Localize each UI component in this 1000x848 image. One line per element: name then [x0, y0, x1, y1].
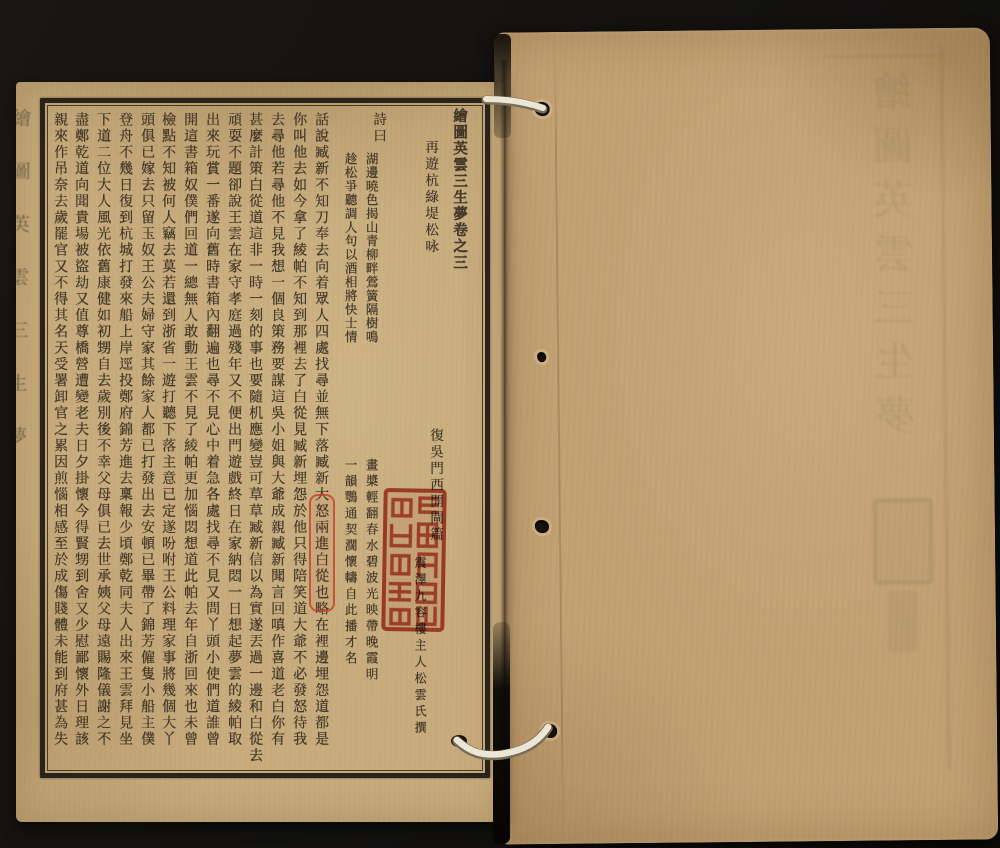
- collector-seal: [381, 487, 448, 632]
- left-text-page: 繪圖英雲三生夢 繪圖英雲三生夢卷之三 再遊杭綠堤松咏 復吳門西開閘篇 震澤九容樓…: [16, 82, 504, 822]
- main-text-column: 檢點不知被何人竊去莫若還到浙省一遊打聽下落主意已定遂吩咐王公料理家事將幾個大丫: [158, 112, 177, 748]
- gutter-shadow-top: [494, 34, 511, 138]
- showthrough-layer: 繪圖英雲三生夢: [494, 27, 998, 844]
- main-text-column: 盡鄭乾道向聞貴場被盜劫又值尊橋營遭變老夫日夕掛懷今得賢甥到舍又少慰鄙懷外日理該: [71, 112, 90, 748]
- showthrough-seal: [873, 498, 934, 585]
- binding-hole: [535, 520, 549, 533]
- chapter-title-first: 再遊杭綠堤松咏: [420, 140, 439, 256]
- main-text-column: 你叫他去如今拿了綾帕不知到那裡去了白從見臧新埋怨於他只得陪笑道大爺不必發怒待我: [289, 112, 308, 748]
- showthrough-frame-line-top: [824, 54, 946, 58]
- binding-hole: [543, 724, 557, 738]
- main-text-column: 話說臧新不知刀奉去向着眾人四處找尋並無下落臧新大怒兩進白從也略在裡邊埋怨道都是: [311, 112, 330, 748]
- binding-hole: [537, 352, 546, 362]
- volume-title-column: 繪圖英雲三生夢卷之三: [449, 108, 468, 271]
- main-text-column: 頭俱已嫁去只留玉奴王公夫婦守家其餘家人都已打發出去安頓已畢帶了錦芳僱隻小船主僕: [137, 112, 156, 748]
- poem-line: 一韻鶚通契濶懷幬自此播才名: [342, 458, 358, 667]
- right-blank-page: 繪圖英雲三生夢: [494, 27, 998, 844]
- gutter-shadow-bottom: [493, 622, 510, 844]
- spine-edge: 繪圖英雲三生夢: [16, 90, 38, 800]
- main-text-column: 親來作吊奈去歲罷官又不得其名天受署卸官之累因煎惱相感至於成傷賤體未能到府甚為失: [50, 112, 69, 748]
- main-text-column: 開這書箱奴僕們回道一總無人敢動王雲不見了綾帕更加惱悶想道此帕去年自浙回來也未曾: [180, 112, 199, 748]
- poem-intro: 詩曰: [368, 112, 387, 145]
- main-text-column: 去尋他若尋他不見我想一個良策務要謀這吳小姐與大爺成親臧新聞言回嗔作喜道老白你有: [267, 112, 286, 748]
- spine-title-fragments: 繪圖英雲三生夢: [16, 108, 35, 479]
- main-text-column: 甚麼計策白從道這非一時一刻的事也要隨机應變豈可草草臧新信以為實遂丟過一邊和白從去: [245, 112, 264, 764]
- showthrough-blob: [888, 590, 919, 652]
- main-text-column: 登舟不幾日復到杭城打發來船上岸逕投鄭府錦芳進去稟報少頃鄭乾同夫人出來王雲拜見坐: [115, 112, 134, 748]
- poem-line: 畫槳輕翻春水碧波光映帶晚霞明: [363, 458, 379, 683]
- book-photo: 繪圖英雲三生夢 繪圖英雲三生夢 繪圖英雲三生夢卷之三 再遊杭綠堤松咏 復吳門西開…: [0, 0, 1000, 848]
- binding-hole: [534, 102, 549, 116]
- main-text-column: 下道二位大人風光依舊康健如初甥自去歲別後不幸父母俱已去世承姨父母遠賜隆儀謝之不: [93, 112, 112, 748]
- poem-line: 趁松爭聽調人句以酒相將快士情: [342, 152, 358, 344]
- red-emphasis-box: [309, 494, 335, 612]
- main-text-column: 出來玩賞一番遂向舊時書箱內翻遍也尋不見心中着急各處找尋不見又問丫頭小使們道誰曾: [202, 112, 221, 748]
- page-crease: [554, 32, 565, 844]
- main-text-column: 頑耍不題卻說王雲在家守孝庭過殘年又不便出門遊戲終日在家納悶一日想起夢雲的綾帕取: [224, 112, 243, 748]
- poem-line: 湖邊曉色揭山青柳畔鶯簧隔樹鳴: [363, 152, 379, 344]
- showthrough-frame-line: [940, 46, 951, 770]
- showthrough-text: 繪圖英雲三生夢: [866, 70, 926, 449]
